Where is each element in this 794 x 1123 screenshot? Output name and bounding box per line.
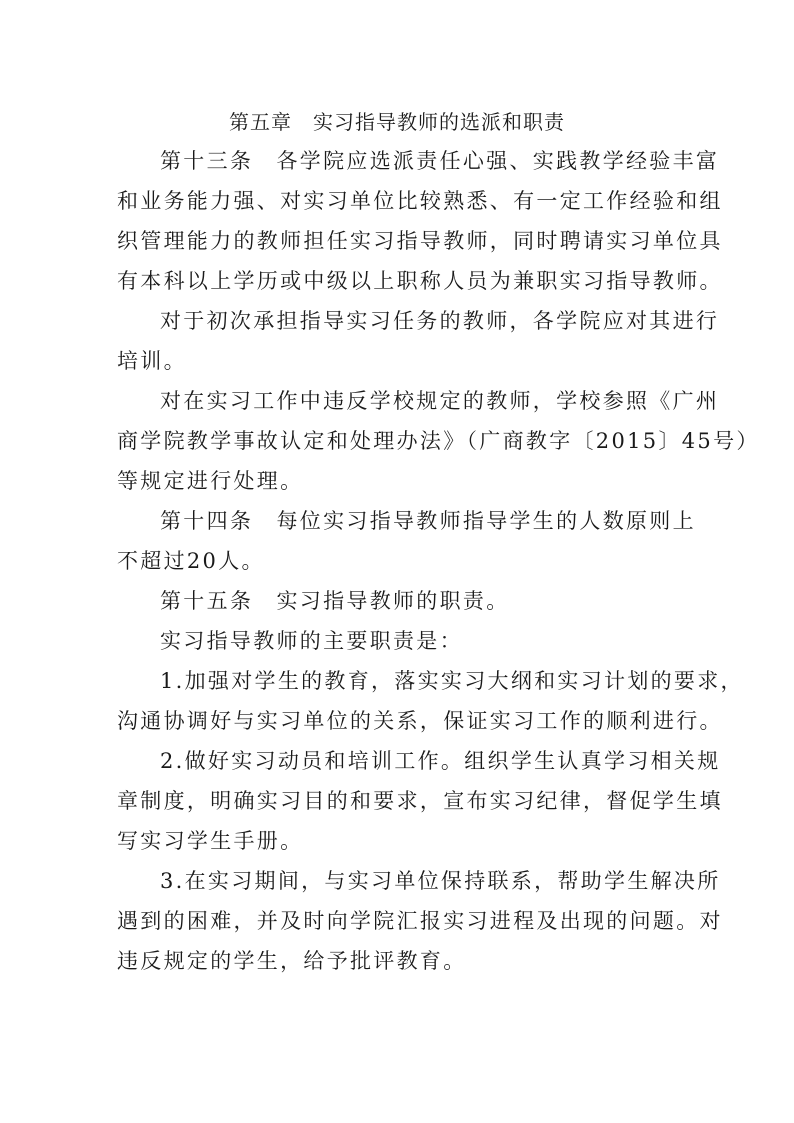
article-13-line-3: 织管理能力的教师担任实习指导教师，同时聘请实习单位具 [117,221,723,261]
violation-para-line-3: 等规定进行处理。 [117,461,303,501]
duty-2-line-1: 2.做好实习动员和培训工作。组织学生认真学习相关规 [160,741,721,781]
duty-2-line-2: 章制度，明确实习目的和要求，宣布实习纪律，督促学生填 [117,781,723,821]
article-13-line-1: 第十三条 各学院应选派责任心强、实践教学经验丰富 [160,141,719,181]
duty-3-line-2: 遇到的困难，并及时向学院汇报实习进程及出现的问题。对 [117,901,723,941]
article-14-line-1: 第十四条 每位实习指导教师指导学生的人数原则上 [160,501,696,541]
article-13-line-4: 有本科以上学历或中级以上职称人员为兼职实习指导教师。 [117,261,723,301]
duty-1-line-1: 1.加强对学生的教育，落实实习大纲和实习计划的要求， [160,661,744,701]
duties-intro: 实习指导教师的主要职责是： [160,621,463,661]
duty-3-line-3: 违反规定的学生，给予批评教育。 [117,941,467,981]
chapter-title: 第五章 实习指导教师的选派和职责 [117,102,677,142]
training-para-line-1: 对于初次承担指导实习任务的教师，各学院应对其进行 [160,301,719,341]
article-15-heading: 第十五条 实习指导教师的职责。 [160,581,510,621]
article-13-line-2: 和业务能力强、对实习单位比较熟悉、有一定工作经验和组 [117,181,723,221]
training-para-line-2: 培训。 [117,341,187,381]
article-14-line-2: 不超过20人。 [117,541,265,581]
duty-1-line-2: 沟通协调好与实习单位的关系，保证实习工作的顺利进行。 [117,701,723,741]
duty-2-line-3: 写实习学生手册。 [117,821,303,861]
violation-para-line-1: 对在实习工作中违反学校规定的教师，学校参照《广州 [160,381,719,421]
duty-3-line-1: 3.在实习期间，与实习单位保持联系，帮助学生解决所 [160,861,721,901]
violation-para-line-2: 商学院教学事故认定和处理办法》（广商教字〔2015〕45号） [117,421,760,461]
